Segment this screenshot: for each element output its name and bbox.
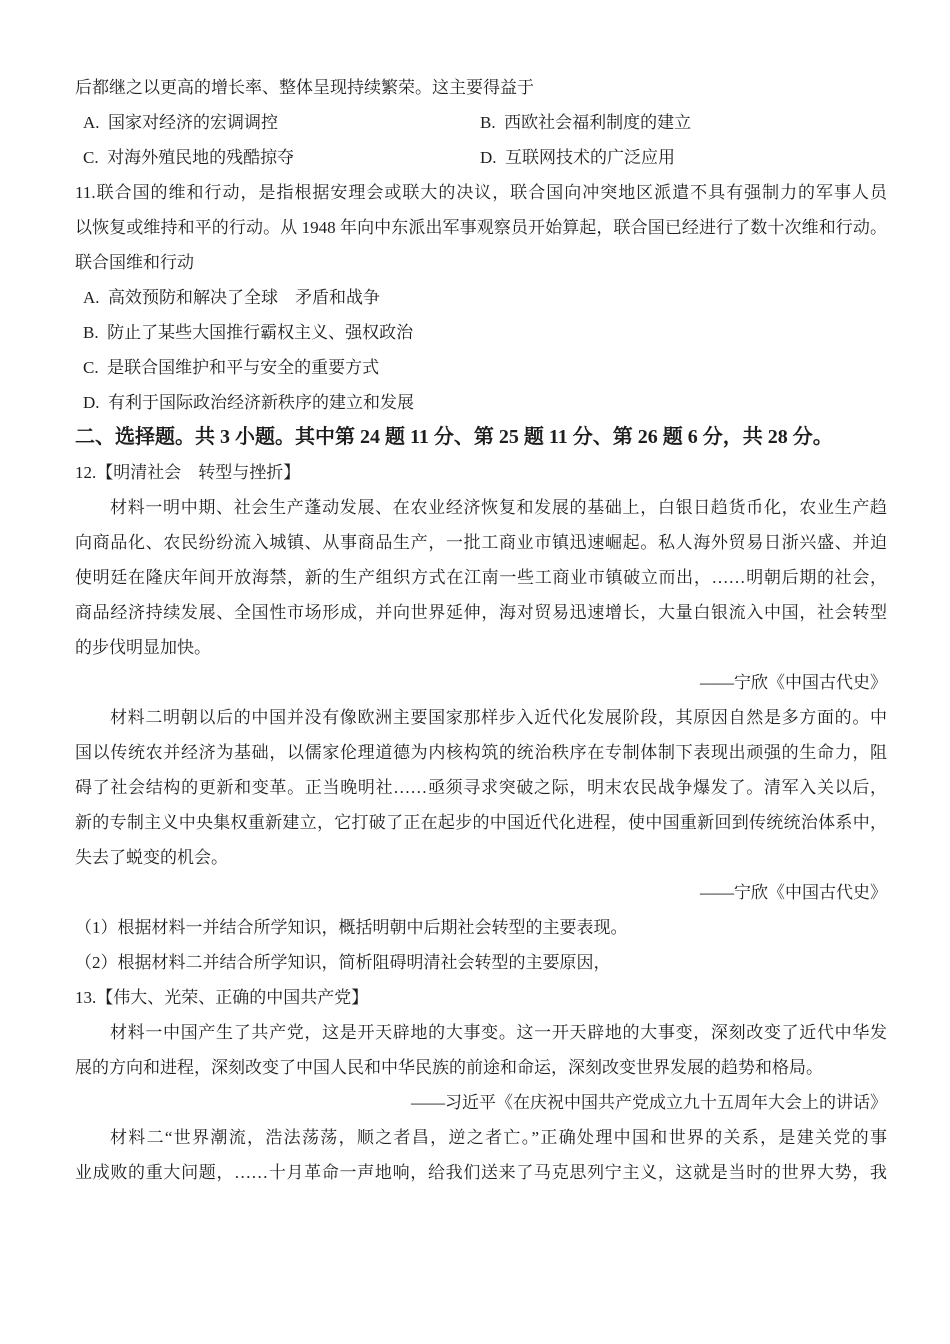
q13-material-1-line-1: 材料一中国产生了共产党，这是开天辟地的大事变。这一开天辟地的大事变，深刻改变了近… bbox=[75, 1015, 887, 1050]
q10-options-row-2-right: D. 互联网技术的广泛应用 bbox=[480, 140, 675, 175]
q12-material-1-source: ——宁欣《中国古代史》 bbox=[75, 665, 887, 700]
q12-material-1-line-2: 向商品化、农民纷纷流入城镇、从事商品生产，一批工商业市镇迅速崛起。私人海外贸易日… bbox=[75, 525, 887, 560]
q11-option-d: D. 有利于国际政治经济新秩序的建立和发展 bbox=[75, 385, 887, 420]
q12-material-2-line-1: 材料二明朝以后的中国并没有像欧洲主要国家那样步入近代化发展阶段，其原因自然是多方… bbox=[75, 700, 887, 735]
section-2-header: 二、选择题。共 3 小题。其中第 24 题 11 分、第 25 题 11 分、第… bbox=[75, 420, 887, 455]
q11-option-a: A. 高效预防和解决了全球 矛盾和战争 bbox=[75, 280, 887, 315]
q12-material-2-source: ——宁欣《中国古代史》 bbox=[75, 875, 887, 910]
q13-material-1-line-2: 展的方向和进程，深刻改变了中国人民和中华民族的前途和命运，深刻改变世界发展的趋势… bbox=[75, 1050, 887, 1085]
q12-title: 12.【明清社会 转型与挫折】 bbox=[75, 455, 887, 490]
q10-options-row-2-left: C. 对海外殖民地的残酷掠夺 bbox=[83, 140, 480, 175]
q11-option-b: B. 防止了某些大国推行霸权主义、强权政治 bbox=[75, 315, 887, 350]
q13-material-1-source: ——习近平《在庆祝中国共产党成立九十五周年大会上的讲话》 bbox=[75, 1085, 887, 1120]
q12-material-1-line-4: 商品经济持续发展、全国性市场形成，并向世界延伸，海对贸易迅速增长，大量白银流入中… bbox=[75, 595, 887, 630]
q12-subquestion-2: （2）根据材料二并结合所学知识，简析阻碍明清社会转型的主要原因， bbox=[75, 945, 887, 980]
q12-material-2-line-4: 新的专制主义中央集权重新建立，它打破了正在起步的中国近代化进程，使中国重新回到传… bbox=[75, 805, 887, 840]
q12-material-1-line-5: 的步伐明显加快。 bbox=[75, 630, 887, 665]
q11-option-c: C. 是联合国维护和平与安全的重要方式 bbox=[75, 350, 887, 385]
exam-page: { "page": { "background_color": "#ffffff… bbox=[0, 0, 950, 1344]
q10-options-row-1-right: B. 西欧社会福利制度的建立 bbox=[480, 105, 691, 140]
q12-material-2-line-3: 碍了社会结构的更新和变革。正当晚明社……亟须寻求突破之际，明末农民战争爆发了。清… bbox=[75, 770, 887, 805]
document-body: 后都继之以更高的增长率、整体呈现持续繁荣。这主要得益于A. 国家对经济的宏调调控… bbox=[75, 70, 887, 1190]
q11-stem-line-1: 11.联合国的维和行动，是指根据安理会或联大的决议，联合国向冲突地区派遣不具有强… bbox=[75, 175, 887, 210]
q11-stem-line-3: 联合国维和行动 bbox=[75, 245, 887, 280]
q12-material-1-line-1: 材料一明中期、社会生产蓬动发展、在农业经济恢复和发展的基础上，白银日趋货币化，农… bbox=[75, 490, 887, 525]
q12-material-2-line-2: 国以传统农并经济为基础，以儒家伦理道德为内核构筑的统治秩序在专制体制下表现出顽强… bbox=[75, 735, 887, 770]
q13-title: 13.【伟大、光荣、正确的中国共产党】 bbox=[75, 980, 887, 1015]
q12-subquestion-1: （1）根据材料一并结合所学知识，概括明朝中后期社会转型的主要表现。 bbox=[75, 910, 887, 945]
q11-stem-line-2: 以恢复或维持和平的行动。从 1948 年向中东派出军事观察员开始算起，联合国已经… bbox=[75, 210, 887, 245]
q13-material-2-line-2: 业成败的重大问题，……十月革命一声地响，给我们送来了马克思列宁主义，这就是当时的… bbox=[75, 1155, 887, 1190]
q10-options-row-2: C. 对海外殖民地的残酷掠夺D. 互联网技术的广泛应用 bbox=[75, 140, 887, 175]
q10-options-row-1: A. 国家对经济的宏调调控B. 西欧社会福利制度的建立 bbox=[75, 105, 887, 140]
q10-options-row-1-left: A. 国家对经济的宏调调控 bbox=[83, 105, 480, 140]
q12-material-2-line-5: 失去了蜕变的机会。 bbox=[75, 840, 887, 875]
q12-material-1-line-3: 使明廷在隆庆年间开放海禁，新的生产组织方式在江南一些工商业市镇破立而出，……明朝… bbox=[75, 560, 887, 595]
exam-document: 后都继之以更高的增长率、整体呈现持续繁荣。这主要得益于A. 国家对经济的宏调调控… bbox=[0, 0, 950, 1344]
q13-material-2-line-1: 材料二“世界潮流，浩法荡荡，顺之者昌，逆之者亡。”正确处理中国和世界的关系，是建… bbox=[75, 1120, 887, 1155]
q10-stem-tail: 后都继之以更高的增长率、整体呈现持续繁荣。这主要得益于 bbox=[75, 70, 887, 105]
